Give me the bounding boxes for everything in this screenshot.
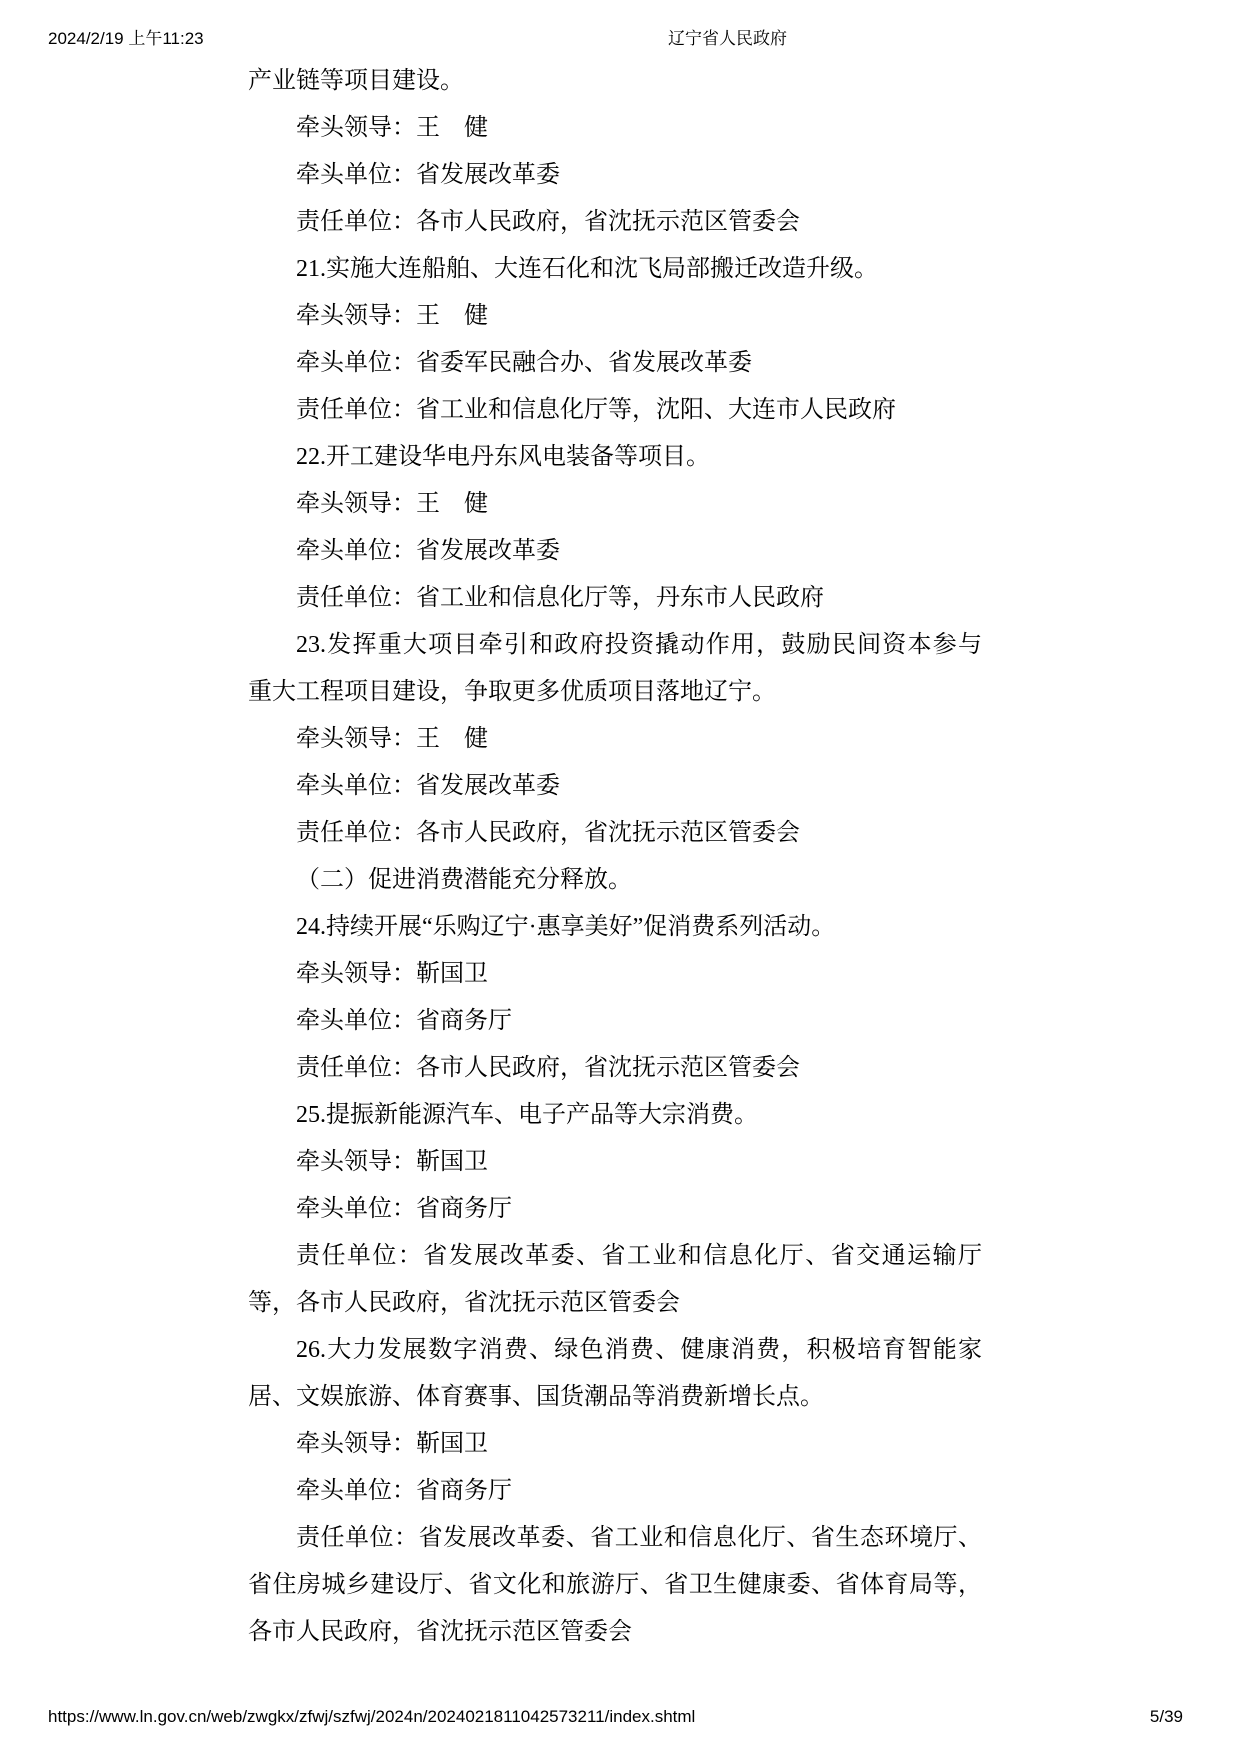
document-line: 牵头单位：省商务厅 [248,998,982,1045]
document-line: 牵头单位：省委军民融合办、省发展改革委 [248,340,982,387]
document-line: 牵头领导：靳国卫 [248,1421,982,1468]
document-line: 牵头领导：靳国卫 [248,951,982,998]
document-line: 等，各市人民政府，省沈抚示范区管委会 [248,1280,982,1327]
document-line: 省住房城乡建设厅、省文化和旅游厅、省卫生健康委、省体育局等， [248,1562,982,1609]
document-line: 重大工程项目建设，争取更多优质项目落地辽宁。 [248,669,982,716]
print-footer: https://www.ln.gov.cn/web/zwgkx/zfwj/szf… [48,1706,1183,1728]
document-line: 责任单位：省发展改革委、省工业和信息化厅、省生态环境厅、 [248,1515,982,1562]
print-url: https://www.ln.gov.cn/web/zwgkx/zfwj/szf… [48,1706,695,1728]
document-line: 责任单位：各市人民政府，省沈抚示范区管委会 [248,810,982,857]
document-line: 牵头单位：省发展改革委 [248,152,982,199]
document-line: 牵头领导：王 健 [248,716,982,763]
print-title: 辽宁省人民政府 [668,28,787,50]
document-line: 产业链等项目建设。 [248,58,982,105]
document-line: 牵头领导：王 健 [248,481,982,528]
document-line: 23.发挥重大项目牵引和政府投资撬动作用，鼓励民间资本参与 [248,622,982,669]
document-line: 牵头单位：省发展改革委 [248,763,982,810]
document-line: 牵头领导：王 健 [248,105,982,152]
document-line: 责任单位：省工业和信息化厅等，丹东市人民政府 [248,575,982,622]
document-line: 22.开工建设华电丹东风电装备等项目。 [248,434,982,481]
document-line: 责任单位：省发展改革委、省工业和信息化厅、省交通运输厅 [248,1233,982,1280]
document-line: 责任单位：各市人民政府，省沈抚示范区管委会 [248,199,982,246]
document-line: 牵头单位：省商务厅 [248,1186,982,1233]
document-line: 牵头单位：省商务厅 [248,1468,982,1515]
document-line: 25.提振新能源汽车、电子产品等大宗消费。 [248,1092,982,1139]
document-line: 居、文娱旅游、体育赛事、国货潮品等消费新增长点。 [248,1374,982,1421]
page-number: 5/39 [1150,1706,1183,1728]
document-line: 牵头领导：王 健 [248,293,982,340]
printed-page: 2024/2/19 上午11:23 辽宁省人民政府 产业链等项目建设。牵头领导：… [0,0,1239,1754]
document-line: 各市人民政府，省沈抚示范区管委会 [248,1609,982,1656]
document-body: 产业链等项目建设。牵头领导：王 健牵头单位：省发展改革委责任单位：各市人民政府，… [248,58,982,1656]
document-line: 24.持续开展“乐购辽宁·惠享美好”促消费系列活动。 [248,904,982,951]
document-line: 牵头单位：省发展改革委 [248,528,982,575]
document-line: 21.实施大连船舶、大连石化和沈飞局部搬迁改造升级。 [248,246,982,293]
document-line: 26.大力发展数字消费、绿色消费、健康消费，积极培育智能家 [248,1327,982,1374]
document-line: 责任单位：省工业和信息化厅等，沈阳、大连市人民政府 [248,387,982,434]
document-line: 牵头领导：靳国卫 [248,1139,982,1186]
document-line: 责任单位：各市人民政府，省沈抚示范区管委会 [248,1045,982,1092]
print-header: 2024/2/19 上午11:23 辽宁省人民政府 [48,28,1191,50]
document-line: （二）促进消费潜能充分释放。 [248,857,982,904]
print-datetime: 2024/2/19 上午11:23 [48,28,204,50]
